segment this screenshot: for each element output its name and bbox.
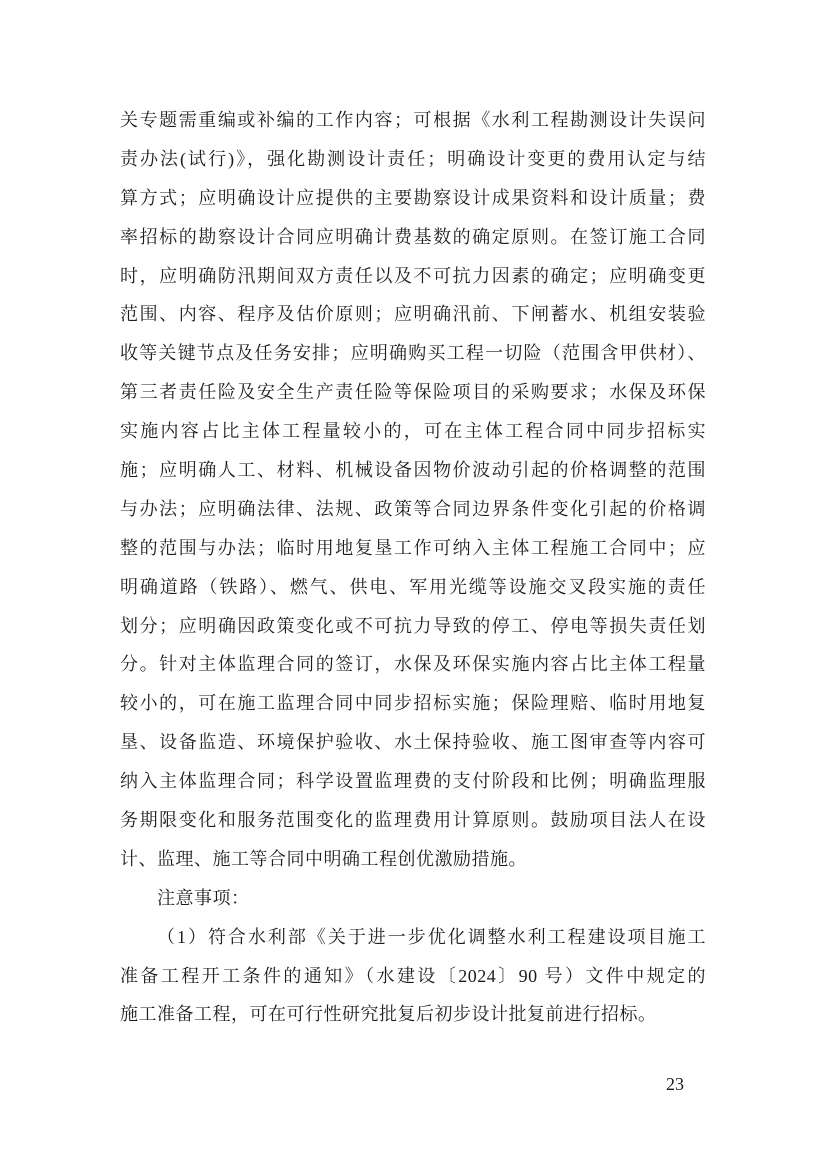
text-line: 划分；应明确因政策变化或不可抗力导致的停工、停电等损失责任划 — [120, 607, 706, 646]
text-line: 时，应明确防汛期间双方责任以及不可抗力因素的确定；应明确变更 — [120, 257, 706, 296]
document-page: 关专题需重编或补编的工作内容；可根据《水利工程勘测设计失误问责办法(试行)》，强… — [0, 0, 826, 1169]
text-line: 施工准备工程，可在可行性研究批复后初步设计批复前进行招标。 — [120, 995, 706, 1034]
document-body: 关专题需重编或补编的工作内容；可根据《水利工程勘测设计失误问责办法(试行)》，强… — [120, 101, 706, 1034]
text-line: 纳入主体监理合同；科学设置监理费的支付阶段和比例；明确监理服 — [120, 762, 706, 801]
text-line: 整的范围与办法；临时用地复垦工作可纳入主体工程施工合同中；应 — [120, 529, 706, 568]
text-line: 范围、内容、程序及估价原则；应明确汛前、下闸蓄水、机组安装验 — [120, 295, 706, 334]
text-line: 明确道路（铁路）、燃气、供电、军用光缆等设施交叉段实施的责任 — [120, 568, 706, 607]
text-line: 准备工程开工条件的通知》（水建设〔2024〕90 号）文件中规定的 — [120, 957, 706, 996]
text-line: 收等关键节点及任务安排；应明确购买工程一切险（范围含甲供材）、 — [120, 334, 706, 373]
text-line: 注意事项： — [120, 879, 706, 918]
text-line: 关专题需重编或补编的工作内容；可根据《水利工程勘测设计失误问 — [120, 101, 706, 140]
text-line: 率招标的勘察设计合同应明确计费基数的确定原则。在签订施工合同 — [120, 218, 706, 257]
text-line: 计、监理、施工等合同中明确工程创优激励措施。 — [120, 840, 706, 879]
text-line: 与办法；应明确法律、法规、政策等合同边界条件变化引起的价格调 — [120, 490, 706, 529]
page-number: 23 — [666, 1072, 684, 1096]
text-line: 较小的，可在施工监理合同中同步招标实施；保险理赔、临时用地复 — [120, 684, 706, 723]
text-line: 垦、设备监造、环境保护验收、水土保持验收、施工图审查等内容可 — [120, 723, 706, 762]
text-line: （1）符合水利部《关于进一步优化调整水利工程建设项目施工 — [120, 918, 706, 957]
text-line: 施；应明确人工、材料、机械设备因物价波动引起的价格调整的范围 — [120, 451, 706, 490]
text-line: 分。针对主体监理合同的签订，水保及环保实施内容占比主体工程量 — [120, 645, 706, 684]
text-line: 实施内容占比主体工程量较小的，可在主体工程合同中同步招标实 — [120, 412, 706, 451]
text-line: 算方式；应明确设计应提供的主要勘察设计成果资料和设计质量；费 — [120, 179, 706, 218]
text-line: 责办法(试行)》，强化勘测设计责任；明确设计变更的费用认定与结 — [120, 140, 706, 179]
text-line: 第三者责任险及安全生产责任险等保险项目的采购要求；水保及环保 — [120, 373, 706, 412]
text-line: 务期限变化和服务范围变化的监理费用计算原则。鼓励项目法人在设 — [120, 801, 706, 840]
